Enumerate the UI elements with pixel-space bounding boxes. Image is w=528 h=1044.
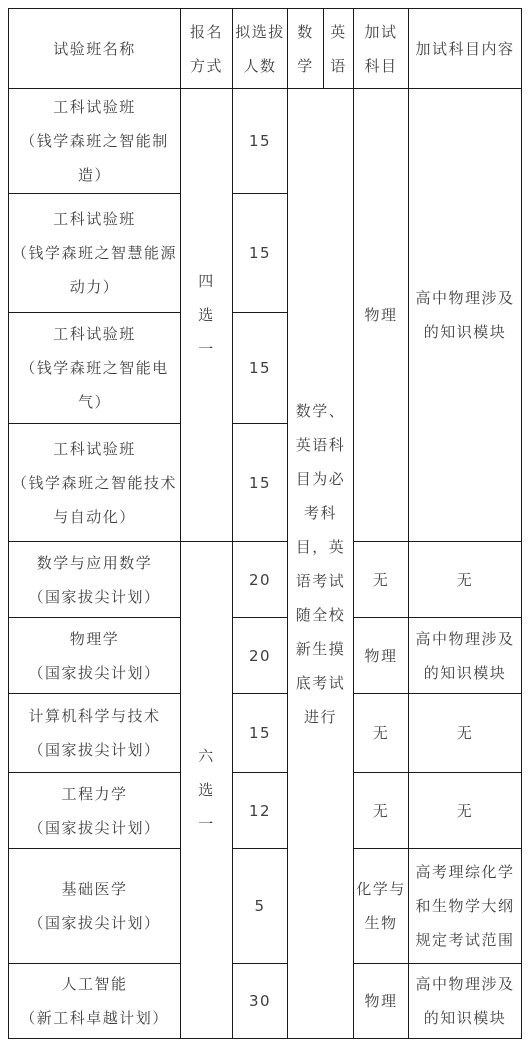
extra-subject-cell: 化学与 生物 — [354, 849, 409, 964]
extra-subject-cell: 无 — [354, 542, 409, 618]
table-row-7: 计算机科学与技术 （国家拔尖计划） 15 无 无 — [9, 694, 522, 773]
math-english-note-cell: 数学、 英语科 目为必 考科 目，英 语考试 随全校 新生摸 底考试 进行 — [288, 89, 354, 1039]
quota-cell: 15 — [233, 194, 288, 313]
class-name-cell: 人工智能 （新工科卓越计划） — [9, 964, 181, 1039]
class-name-cell: 工科试验班 （钱学森班之智能电 气） — [9, 313, 181, 424]
extra-content-cell: 无 — [409, 773, 522, 849]
extra-subject-cell: 物理 — [354, 964, 409, 1039]
table-row-8: 工程力学 （国家拔尖计划） 12 无 无 — [9, 773, 522, 849]
document-page: 试验班名称 报名 方式 拟选拔 人数 数 学 英 语 加试 科目 加试科目内容 … — [0, 0, 528, 1044]
extra-subject-cell: 物理 — [354, 618, 409, 694]
col-header-method: 报名 方式 — [181, 9, 233, 89]
method-cell-group-1: 四 选 一 — [181, 89, 233, 542]
extra-subject-cell-group-1: 物理 — [354, 89, 409, 542]
table-row-5: 数学与应用数学 （国家拔尖计划） 六 选 一 20 无 无 — [9, 542, 522, 618]
col-header-class-name: 试验班名称 — [9, 9, 181, 89]
table-row-9: 基础医学 （国家拔尖计划） 5 化学与 生物 高考理综化学 和生物学大纲 规定考… — [9, 849, 522, 964]
extra-content-cell: 无 — [409, 542, 522, 618]
quota-cell: 15 — [233, 424, 288, 542]
quota-cell: 12 — [233, 773, 288, 849]
class-name-cell: 工科试验班 （钱学森班之智能制 造） — [9, 89, 181, 194]
quota-cell: 15 — [233, 694, 288, 773]
class-name-cell: 计算机科学与技术 （国家拔尖计划） — [9, 694, 181, 773]
quota-cell: 20 — [233, 542, 288, 618]
extra-content-cell-group-1: 高中物理涉及 的知识模块 — [409, 89, 522, 542]
col-header-extra-subject: 加试 科目 — [354, 9, 409, 89]
class-name-cell: 工科试验班 （钱学森班之智慧能源 动力） — [9, 194, 181, 313]
class-name-cell: 数学与应用数学 （国家拔尖计划） — [9, 542, 181, 618]
class-name-cell: 物理学 （国家拔尖计划） — [9, 618, 181, 694]
quota-cell: 30 — [233, 964, 288, 1039]
extra-content-cell: 高中物理涉及 的知识模块 — [409, 618, 522, 694]
class-name-cell: 工程力学 （国家拔尖计划） — [9, 773, 181, 849]
admissions-table: 试验班名称 报名 方式 拟选拔 人数 数 学 英 语 加试 科目 加试科目内容 … — [8, 8, 522, 1039]
extra-content-cell: 高考理综化学 和生物学大纲 规定考试范围 — [409, 849, 522, 964]
method-cell-group-2: 六 选 一 — [181, 542, 233, 1039]
col-header-math: 数 学 — [288, 9, 324, 89]
col-header-extra-content: 加试科目内容 — [409, 9, 522, 89]
table-row-10: 人工智能 （新工科卓越计划） 30 物理 高中物理涉及 的知识模块 — [9, 964, 522, 1039]
extra-subject-cell: 无 — [354, 773, 409, 849]
col-header-english: 英 语 — [324, 9, 354, 89]
quota-cell: 15 — [233, 89, 288, 194]
quota-cell: 5 — [233, 849, 288, 964]
header-row: 试验班名称 报名 方式 拟选拔 人数 数 学 英 语 加试 科目 加试科目内容 — [9, 9, 522, 89]
class-name-cell: 基础医学 （国家拔尖计划） — [9, 849, 181, 964]
table-row-1: 工科试验班 （钱学森班之智能制 造） 四 选 一 15 数学、 英语科 目为必 … — [9, 89, 522, 194]
quota-cell: 15 — [233, 313, 288, 424]
class-name-cell: 工科试验班 （钱学森班之智能技术 与自动化） — [9, 424, 181, 542]
col-header-quota: 拟选拔 人数 — [233, 9, 288, 89]
extra-content-cell: 高中物理涉及 的知识模块 — [409, 964, 522, 1039]
quota-cell: 20 — [233, 618, 288, 694]
extra-subject-cell: 无 — [354, 694, 409, 773]
extra-content-cell: 无 — [409, 694, 522, 773]
table-row-6: 物理学 （国家拔尖计划） 20 物理 高中物理涉及 的知识模块 — [9, 618, 522, 694]
